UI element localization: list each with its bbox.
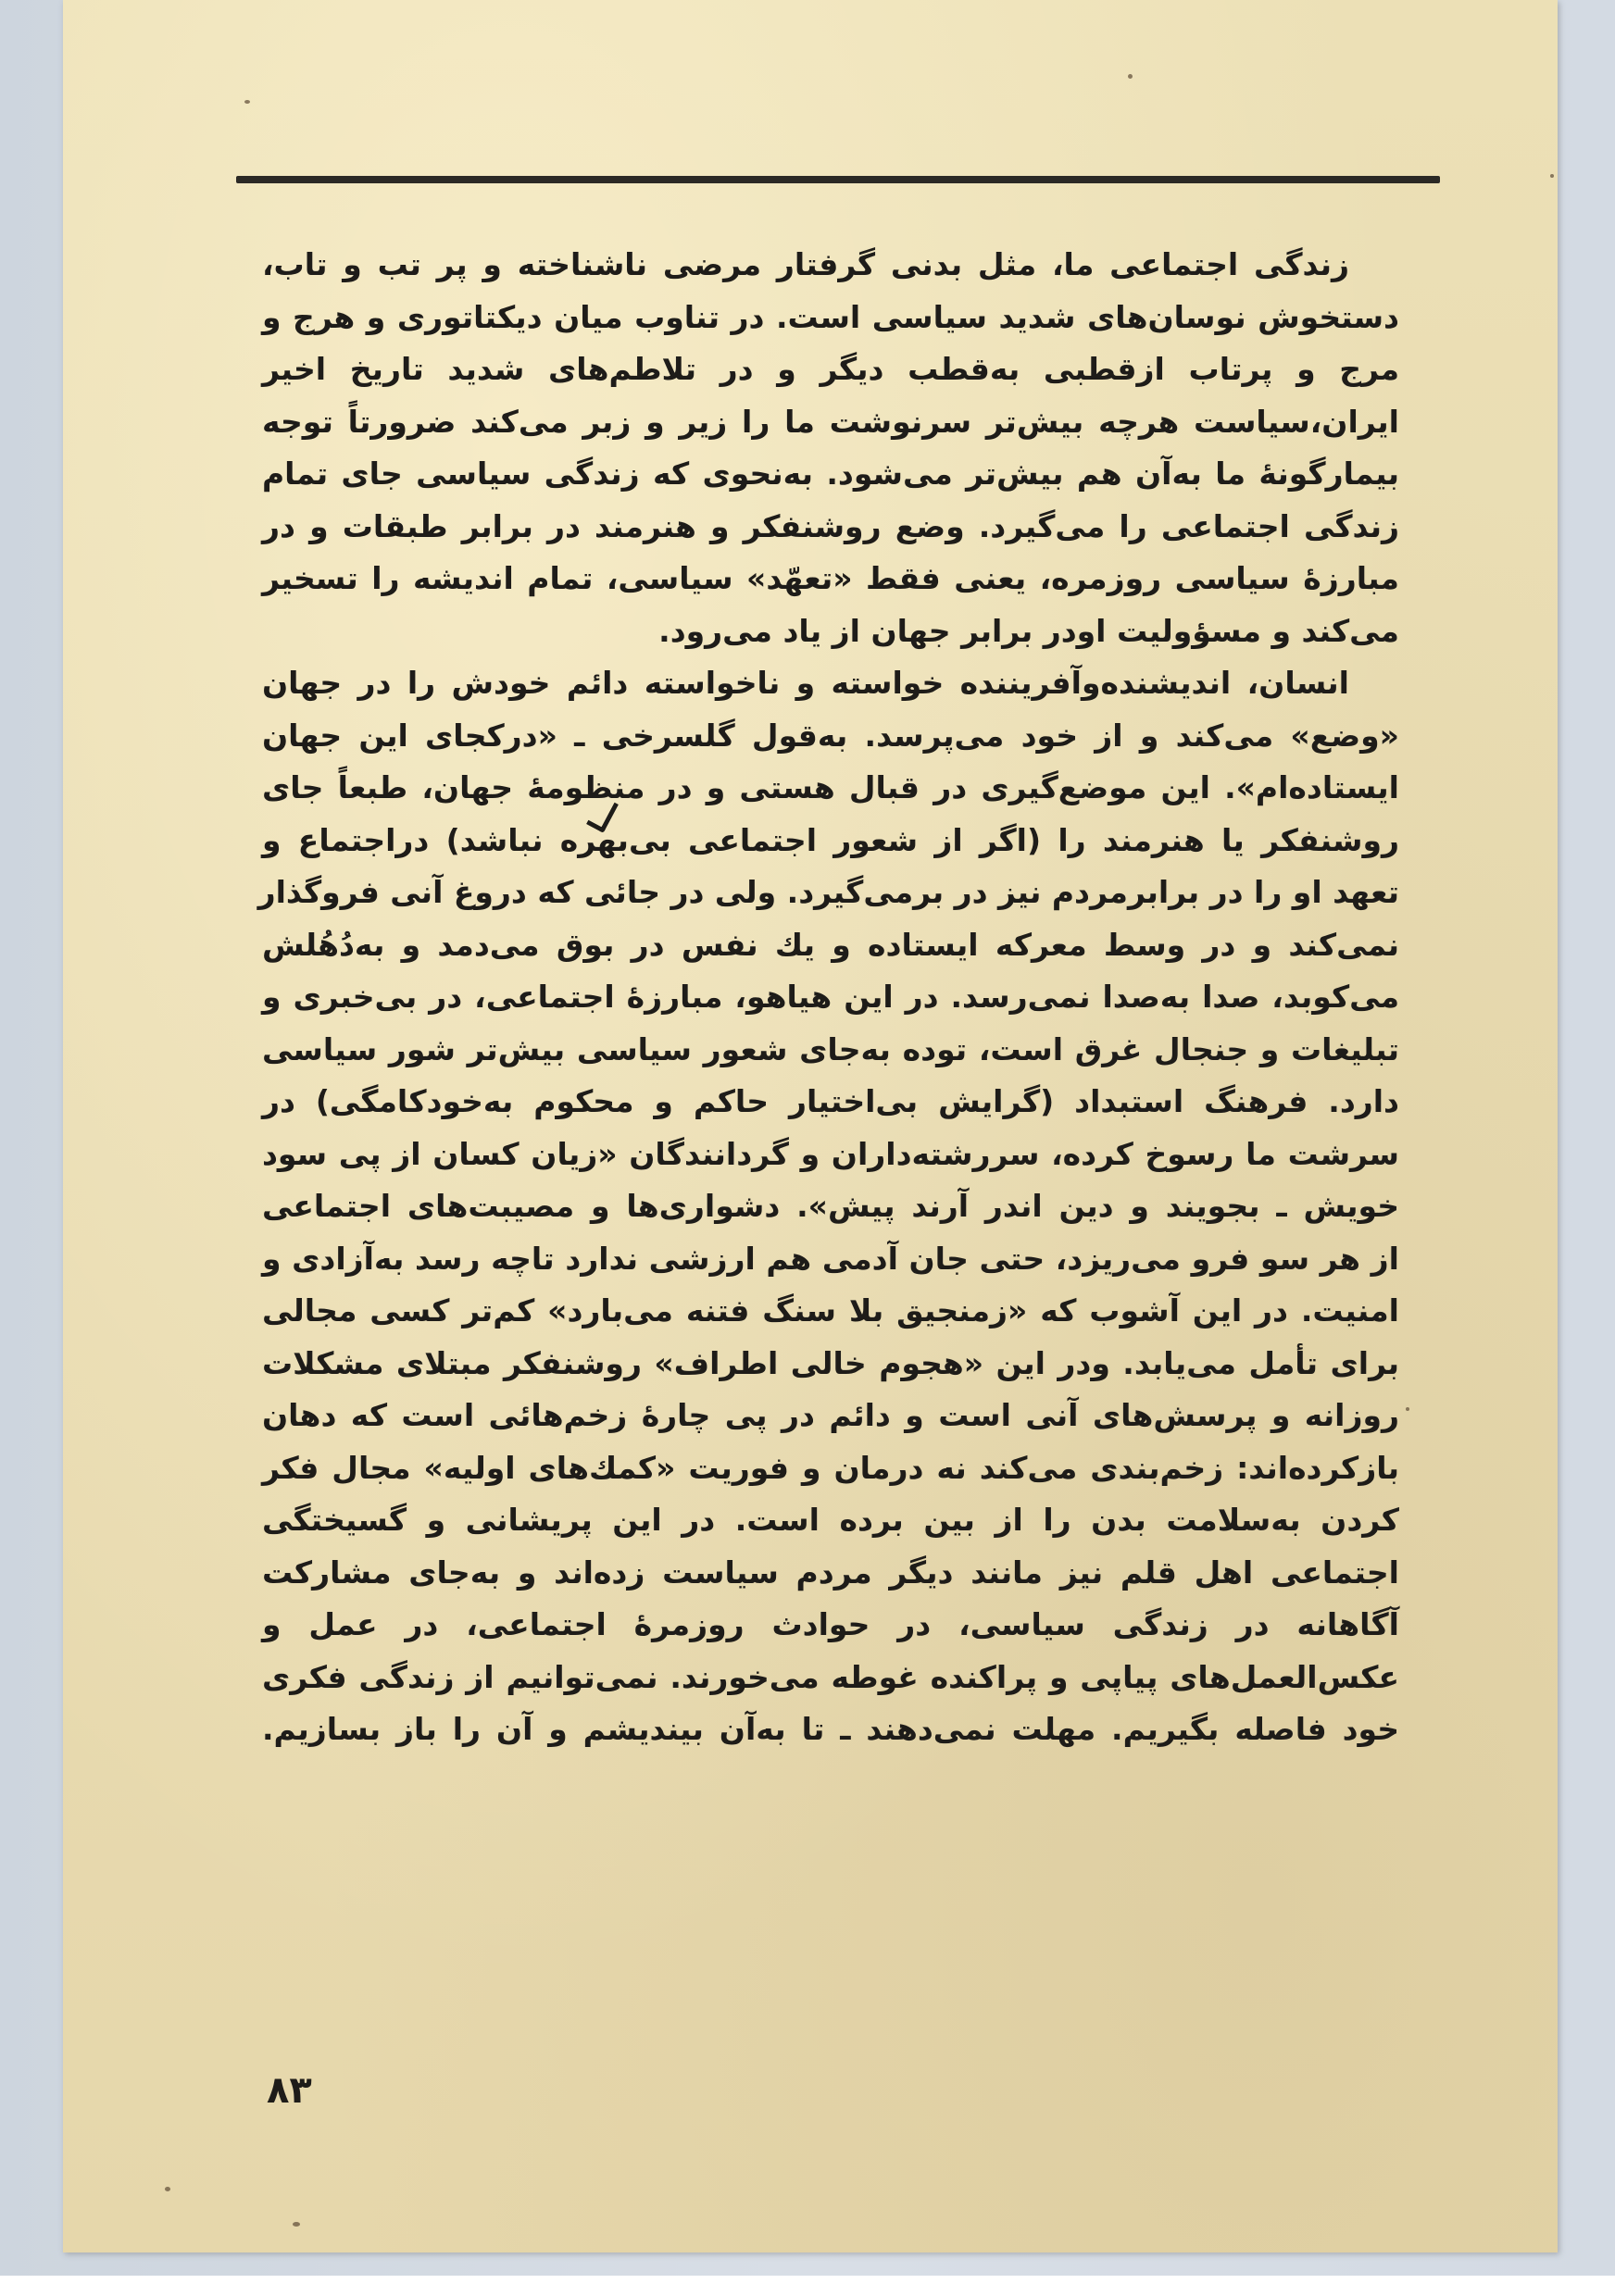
text-line bbox=[262, 1861, 1399, 1914]
text-line: «وضع» می‌کند و از خود می‌پرسد. به‌قول گل… bbox=[262, 710, 1399, 763]
text-line: ایران،سیاست هرچه بیش‌تر سرنوشت ما را زیر… bbox=[262, 396, 1399, 449]
text-line: کردن به‌سلامت بدن را از بین برده است. در… bbox=[262, 1494, 1399, 1547]
text-line: عکس‌العمل‌های پیاپی و پراکنده غوطه می‌خو… bbox=[262, 1652, 1399, 1704]
text-line: اجتماعی اهل قلم نیز مانند دیگر مردم سیاس… bbox=[262, 1547, 1399, 1600]
page-number: ۸۳ bbox=[267, 2069, 312, 2112]
text-line: انسان، اندیشنده‌وآفریننده خواسته و ناخوا… bbox=[262, 657, 1399, 710]
text-line: می‌کوبد، صدا به‌صدا نمی‌رسد. در این هیاه… bbox=[262, 971, 1399, 1024]
text-line: آگاهانه در زندگی سیاسی، در حوادث روزمرهٔ… bbox=[262, 1599, 1399, 1652]
text-line: مبارزهٔ سیاسی روزمره، یعنی فقط «تعهّد» س… bbox=[262, 553, 1399, 605]
text-line: زندگی اجتماعی را می‌گیرد. وضع روشنفکر و … bbox=[262, 501, 1399, 554]
text-line: مرج و پرتاب ازقطبی به‌قطب دیگر و در تلاط… bbox=[262, 343, 1399, 396]
paper-speck bbox=[1128, 74, 1133, 79]
text-line: بازکرده‌اند: زخم‌بندی می‌کند نه درمان و … bbox=[262, 1442, 1399, 1495]
paper-speck bbox=[244, 100, 250, 104]
paper-speck bbox=[1406, 1407, 1409, 1411]
text-line: خویش ـ بجویند و دین اندر آرند پیش». دشوا… bbox=[262, 1180, 1399, 1233]
paragraph-2: انسان، اندیشنده‌وآفریننده خواسته و ناخوا… bbox=[262, 657, 1399, 2017]
text-line: زندگی اجتماعی ما، مثل بدنی گرفتار مرضی ن… bbox=[262, 239, 1399, 292]
text-line bbox=[262, 1913, 1399, 1965]
text-line: تعهد او را در برابرمردم نیز در برمی‌گیرد… bbox=[262, 867, 1399, 919]
text-line: روشنفکر یا هنرمند را (اگر از شعور اجتماع… bbox=[262, 815, 1399, 867]
text-line: نمی‌کند و در وسط معرکه ایستاده و یك نفس … bbox=[262, 919, 1399, 972]
text-line: روزانه و پرسش‌های آنی است و دائم در پی چ… bbox=[262, 1390, 1399, 1442]
text-line: ایستاده‌ام». این موضع‌گیری در قبال هستی … bbox=[262, 762, 1399, 815]
text-line: سرشت ما رسوخ کرده، سررشته‌داران و گردانن… bbox=[262, 1129, 1399, 1181]
text-line: برای تأمل می‌یابد. ودر این «هجوم خالی اط… bbox=[262, 1338, 1399, 1391]
text-line: می‌کند و مسؤولیت اودر برابر جهان از یاد … bbox=[262, 605, 1399, 658]
paper-speck bbox=[1550, 174, 1554, 178]
text-line: دارد. فرهنگ استبداد (گرایش بی‌اختیار حاک… bbox=[262, 1076, 1399, 1129]
header-rule bbox=[236, 176, 1440, 183]
text-line bbox=[262, 1808, 1399, 1861]
text-line: بیمارگونهٔ ما به‌آن هم بیش‌تر می‌شود. به… bbox=[262, 448, 1399, 501]
text-line: تبلیغات و جنجال غرق است، توده به‌جای شعو… bbox=[262, 1024, 1399, 1077]
paper-speck bbox=[165, 2187, 170, 2191]
body-text: زندگی اجتماعی ما، مثل بدنی گرفتار مرضی ن… bbox=[262, 239, 1399, 2017]
text-line: خود فاصله بگیریم. مهلت نمی‌دهند ـ تا به‌… bbox=[262, 1703, 1399, 1756]
text-line bbox=[262, 1756, 1399, 1809]
paper-speck bbox=[293, 2222, 300, 2227]
paragraph-1: زندگی اجتماعی ما، مثل بدنی گرفتار مرضی ن… bbox=[262, 239, 1399, 657]
text-line: امنیت. در این آشوب که «زمنجیق بلا سنگ فت… bbox=[262, 1285, 1399, 1338]
text-line bbox=[262, 1965, 1399, 2018]
text-line: دستخوش نوسان‌های شدید سیاسی است. در تناو… bbox=[262, 292, 1399, 344]
text-line: از هر سو فرو می‌ریزد، حتی جان آدمی هم ار… bbox=[262, 1233, 1399, 1286]
